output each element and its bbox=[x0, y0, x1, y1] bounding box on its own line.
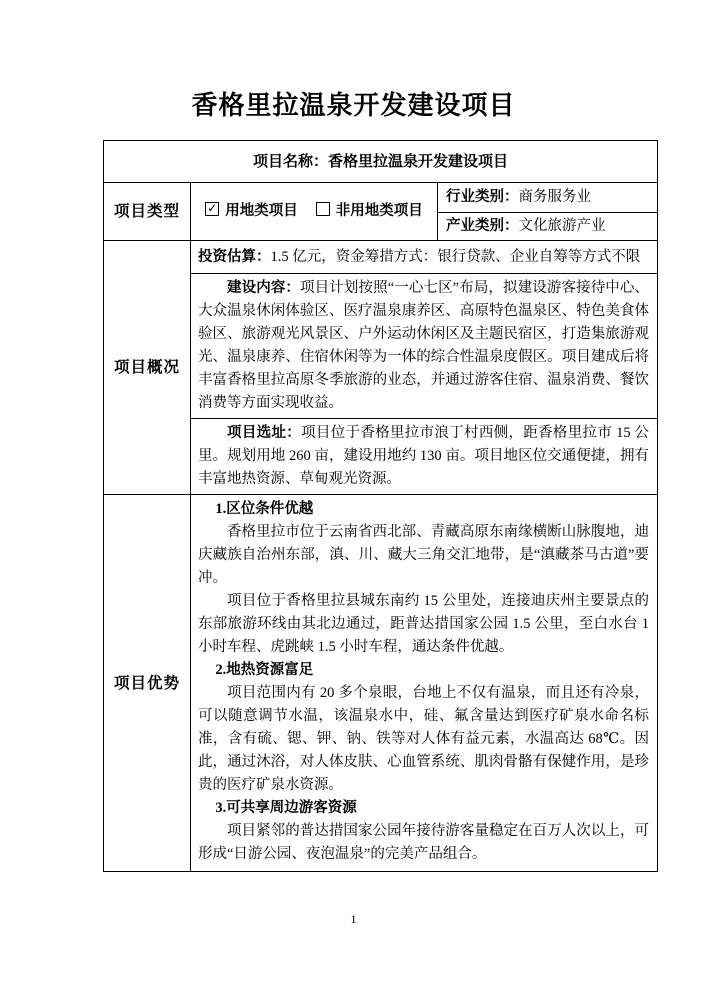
construction-cell: 建设内容：项目计划按照“一心七区”布局，拟建设游客接待中心、大众温泉休闲体验区、… bbox=[191, 274, 658, 419]
industry-category-label: 行业类别： bbox=[446, 189, 519, 205]
document-page: 香格里拉温泉开发建设项目 项目名称：香格里拉温泉开发建设项目 项目类型 ✓用地类… bbox=[0, 0, 707, 999]
advantage-paragraph: 项目紧邻的普达措国家公园年接待游客量稳定在百万人次以上，可形成“日游公园、夜泡温… bbox=[198, 820, 649, 866]
industry-category-value: 商务服务业 bbox=[519, 189, 592, 205]
advantage-paragraph: 香格里拉市位于云南省西北部、青藏高原东南缘横断山脉腹地，迪庆藏族自治州东部，滇、… bbox=[198, 521, 649, 590]
project-info-table: 项目名称：香格里拉温泉开发建设项目 项目类型 ✓用地类项目非用地类项目 行业类别… bbox=[103, 140, 658, 872]
project-type-options: ✓用地类项目非用地类项目 bbox=[191, 183, 438, 241]
investment-text: 1.5 亿元，资金筹措方式：银行贷款、企业自筹等方式不限 bbox=[271, 249, 641, 265]
investment-label: 投资估算： bbox=[198, 249, 271, 265]
construction-text: 项目计划按照“一心七区”布局，拟建设游客接待中心、大众温泉休闲体验区、医疗温泉康… bbox=[198, 280, 649, 411]
land-project-checkbox-checked[interactable]: ✓ bbox=[205, 202, 219, 216]
advantage-paragraph: 项目范围内有 20 多个泉眼，台地上不仅有温泉，而且还有冷泉，可以随意调节水温，… bbox=[198, 682, 649, 797]
advantage-paragraph: 项目位于香格里拉县城东南约 15 公里处，连接迪庆州主要景点的东部旅游环线由其北… bbox=[198, 590, 649, 659]
project-name: 项目名称：香格里拉温泉开发建设项目 bbox=[104, 141, 658, 183]
location-label: 项目选址： bbox=[227, 425, 301, 441]
page-title: 香格里拉温泉开发建设项目 bbox=[0, 86, 707, 126]
location-cell: 项目选址：项目位于香格里拉市浪丁村西侧，距香格里拉市 15 公里。规划用地 26… bbox=[191, 419, 658, 495]
advantage-heading-2: 2.地热资源富足 bbox=[198, 659, 649, 682]
non-land-project-checkbox-unchecked[interactable] bbox=[316, 202, 330, 216]
non-land-project-label: 非用地类项目 bbox=[336, 203, 423, 219]
sector-category-cell: 产业类别：文化旅游产业 bbox=[438, 213, 658, 241]
advantages-cell: 1.区位条件优越 香格里拉市位于云南省西北部、青藏高原东南缘横断山脉腹地，迪庆藏… bbox=[191, 495, 658, 872]
page-number: 1 bbox=[0, 912, 707, 927]
construction-label: 建设内容： bbox=[227, 280, 300, 296]
checkmark-icon: ✓ bbox=[206, 201, 218, 213]
row-header-project-type: 项目类型 bbox=[104, 183, 191, 241]
industry-category-cell: 行业类别：商务服务业 bbox=[438, 183, 658, 213]
land-project-label: 用地类项目 bbox=[225, 203, 298, 219]
row-header-project-advantages: 项目优势 bbox=[104, 495, 191, 872]
advantage-heading-1: 1.区位条件优越 bbox=[198, 498, 649, 521]
investment-cell: 投资估算：1.5 亿元，资金筹措方式：银行贷款、企业自筹等方式不限 bbox=[191, 241, 658, 274]
sector-category-label: 产业类别： bbox=[446, 218, 519, 234]
advantage-heading-3: 3.可共享周边游客资源 bbox=[198, 797, 649, 820]
sector-category-value: 文化旅游产业 bbox=[519, 218, 606, 234]
row-header-project-overview: 项目概况 bbox=[104, 241, 191, 495]
